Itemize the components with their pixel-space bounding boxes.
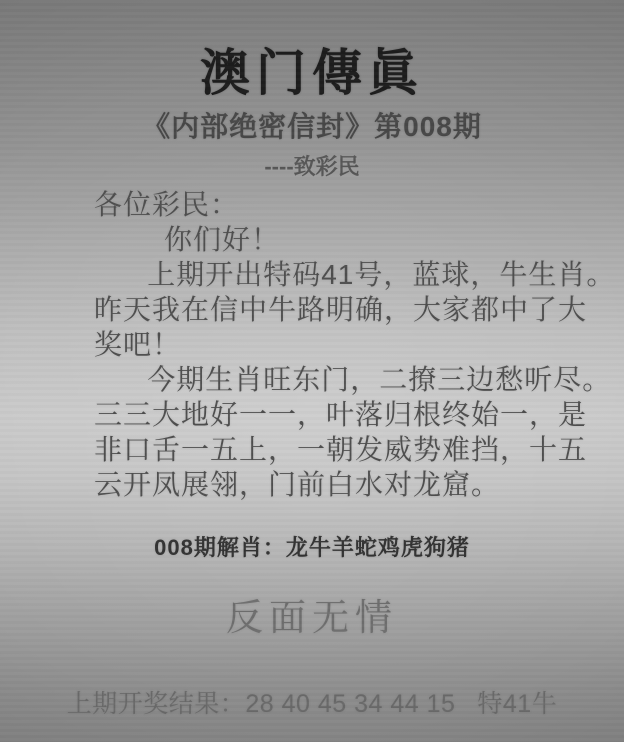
paragraph2-line2: 三三大地好一一，叶落归根终始一，是 <box>94 397 546 432</box>
results-special-number: 特41牛 <box>477 690 557 718</box>
paragraph1-line1: 上期开出特码41号，蓝球，牛生肖。 <box>94 257 546 292</box>
page-title: 澳门傳眞 <box>0 42 624 104</box>
slogan-line: 反面无情 <box>0 597 624 639</box>
letter-body: 各位彩民： 你们好！ 上期开出特码41号，蓝球，牛生肖。 昨天我在信中牛路明确，… <box>0 187 624 502</box>
issue-subtitle: 《内部绝密信封》第008期 <box>0 110 624 144</box>
zodiac-hint-line: 008期解肖：龙牛羊蛇鸡虎狗猪 <box>0 535 624 561</box>
previous-results-line: 上期开奖结果：28 40 45 34 44 15特41牛 <box>0 689 624 719</box>
results-numbers: 28 40 45 34 44 15 <box>245 690 455 718</box>
salutation: 各位彩民： <box>94 187 546 222</box>
greeting: 你们好！ <box>94 222 546 257</box>
paragraph1-line3: 奖吧！ <box>94 327 546 362</box>
macau-fax-letter: 澳门傳眞 《内部绝密信封》第008期 ----致彩民 各位彩民： 你们好！ 上期… <box>0 0 624 742</box>
paragraph2-line1: 今期生肖旺东门，二撩三边愁听尽。 <box>94 362 546 397</box>
dedication-line: ----致彩民 <box>0 154 624 180</box>
results-label: 上期开奖结果： <box>67 690 246 718</box>
paragraph2-line4: 云开凤展翎，门前白水对龙窟。 <box>94 467 546 502</box>
paragraph2-line3: 非口舌一五上，一朝发威势难挡，十五 <box>94 432 546 467</box>
paragraph1-line2: 昨天我在信中牛路明确，大家都中了大 <box>94 292 546 327</box>
